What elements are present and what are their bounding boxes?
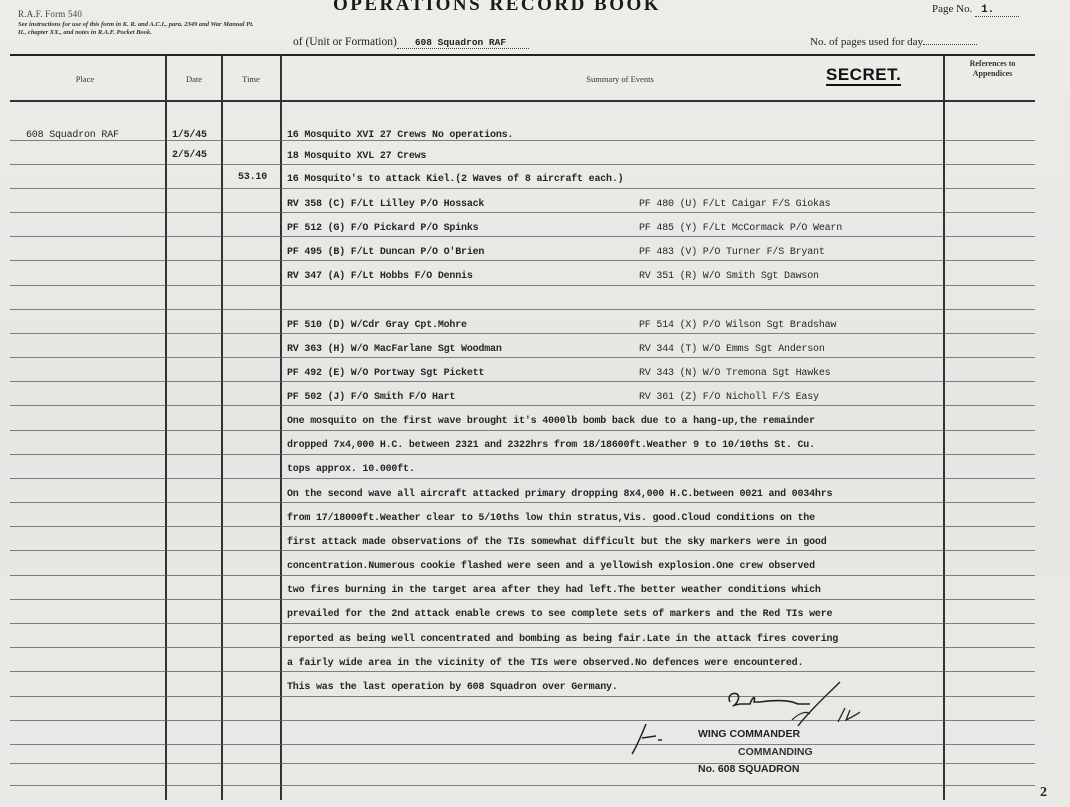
- crew-entry: PF 514 (X) P/O Wilson Sgt Bradshaw: [639, 320, 836, 331]
- column-header-time: Time: [226, 74, 276, 84]
- crew-entry: RV 344 (T) W/O Emms Sgt Anderson: [639, 344, 825, 355]
- crew-entry: PF 502 (J) F/O Smith F/O Hart: [287, 392, 455, 403]
- narrative-line: tops approx. 10.000ft.: [287, 464, 415, 475]
- place-cell: 608 Squadron RAF: [26, 130, 119, 141]
- crew-entry: RV 343 (N) W/O Tremona Sgt Hawkes: [639, 368, 830, 379]
- narrative-line: a fairly wide area in the vicinity of th…: [287, 658, 803, 669]
- header-divider: [10, 54, 1035, 56]
- column-header-divider: [10, 100, 1035, 102]
- page-number: Page No. 1.: [932, 3, 1019, 17]
- date-cell: 1/5/45: [172, 130, 207, 141]
- narrative-line: prevailed for the 2nd attack enable crew…: [287, 609, 832, 620]
- crew-entry: PF 485 (Y) F/Lt McCormack P/O Wearn: [639, 223, 842, 234]
- unit-line: of (Unit or Formation)608 Squadron RAF: [293, 36, 529, 49]
- crew-entry: PF 480 (U) F/Lt Caigar F/S Giokas: [639, 199, 830, 210]
- summary-line: 16 Mosquito's to attack Kiel.(2 Waves of…: [287, 174, 623, 185]
- crew-entry: RV 351 (R) W/O Smith Sgt Dawson: [639, 271, 819, 282]
- form-instructions: See instructions for use of this form in…: [18, 21, 258, 36]
- signatory-role: COMMANDING: [738, 746, 813, 758]
- unit-label: of (Unit or Formation): [293, 36, 397, 48]
- for-mark-icon: [628, 722, 668, 756]
- pages-used: No. of pages used for day: [810, 36, 977, 48]
- crew-entry: RV 358 (C) F/Lt Lilley P/O Hossack: [287, 199, 484, 210]
- pages-used-label: No. of pages used for day: [810, 36, 923, 48]
- column-divider-time: [280, 55, 282, 800]
- signatory-rank: WING COMMANDER: [698, 728, 800, 740]
- narrative-line: from 17/18000ft.Weather clear to 5/10ths…: [287, 513, 815, 524]
- page-number-value: 1.: [975, 4, 1019, 17]
- column-header-place: Place: [40, 74, 130, 84]
- unit-value: 608 Squadron RAF: [397, 37, 529, 49]
- date-cell: 2/5/45: [172, 150, 207, 161]
- signature-block: WING COMMANDER COMMANDING No. 608 SQUADR…: [628, 680, 888, 790]
- summary-line: 16 Mosquito XVI 27 Crews No operations.: [287, 130, 513, 141]
- narrative-line: concentration.Numerous cookie flashed we…: [287, 561, 815, 572]
- narrative-line: two fires burning in the target area aft…: [287, 585, 821, 596]
- crew-entry: PF 512 (G) F/O Pickard P/O Spinks: [287, 223, 478, 234]
- classification-stamp: SECRET.: [826, 66, 901, 86]
- column-header-date: Date: [170, 74, 218, 84]
- narrative-line: On the second wave all aircraft attacked…: [287, 489, 832, 500]
- form-number: R.A.F. Form 540: [18, 9, 82, 19]
- narrative-line: first attack made observations of the TI…: [287, 537, 827, 548]
- crew-entry: PF 492 (E) W/O Portway Sgt Pickett: [287, 368, 484, 379]
- column-divider-summary: [943, 55, 945, 800]
- narrative-line: dropped 7x4,000 H.C. between 2321 and 23…: [287, 440, 815, 451]
- column-header-summary: Summary of Events: [540, 74, 700, 84]
- operations-record-page: R.A.F. Form 540 See instructions for use…: [0, 0, 1070, 807]
- crew-entry: PF 495 (B) F/Lt Duncan P/O O'Brien: [287, 247, 484, 258]
- pages-used-value: [923, 44, 977, 45]
- corner-mark: 2: [1040, 785, 1047, 801]
- narrative-line: One mosquito on the first wave brought i…: [287, 416, 815, 427]
- crew-entry: PF 483 (V) P/O Turner F/S Bryant: [639, 247, 825, 258]
- column-header-references: References to Appendices: [950, 59, 1035, 79]
- time-cell: 53.10: [238, 172, 267, 183]
- narrative-line: This was the last operation by 608 Squad…: [287, 682, 618, 693]
- page-number-label: Page No.: [932, 3, 972, 15]
- summary-line: 18 Mosquito XVL 27 Crews: [287, 151, 426, 162]
- crew-entry: PF 510 (D) W/Cdr Gray Cpt.Mohre: [287, 320, 467, 331]
- narrative-line: reported as being well concentrated and …: [287, 634, 838, 645]
- crew-entry: RV 361 (Z) F/O Nicholl F/S Easy: [639, 392, 819, 403]
- page-title: OPERATIONS RECORD BOOK: [333, 0, 661, 16]
- column-divider-place: [165, 55, 167, 800]
- crew-entry: RV 363 (H) W/O MacFarlane Sgt Woodman: [287, 344, 502, 355]
- column-divider-date: [221, 55, 223, 800]
- signatory-unit: No. 608 SQUADRON: [698, 763, 800, 775]
- crew-entry: RV 347 (A) F/Lt Hobbs F/O Dennis: [287, 271, 473, 282]
